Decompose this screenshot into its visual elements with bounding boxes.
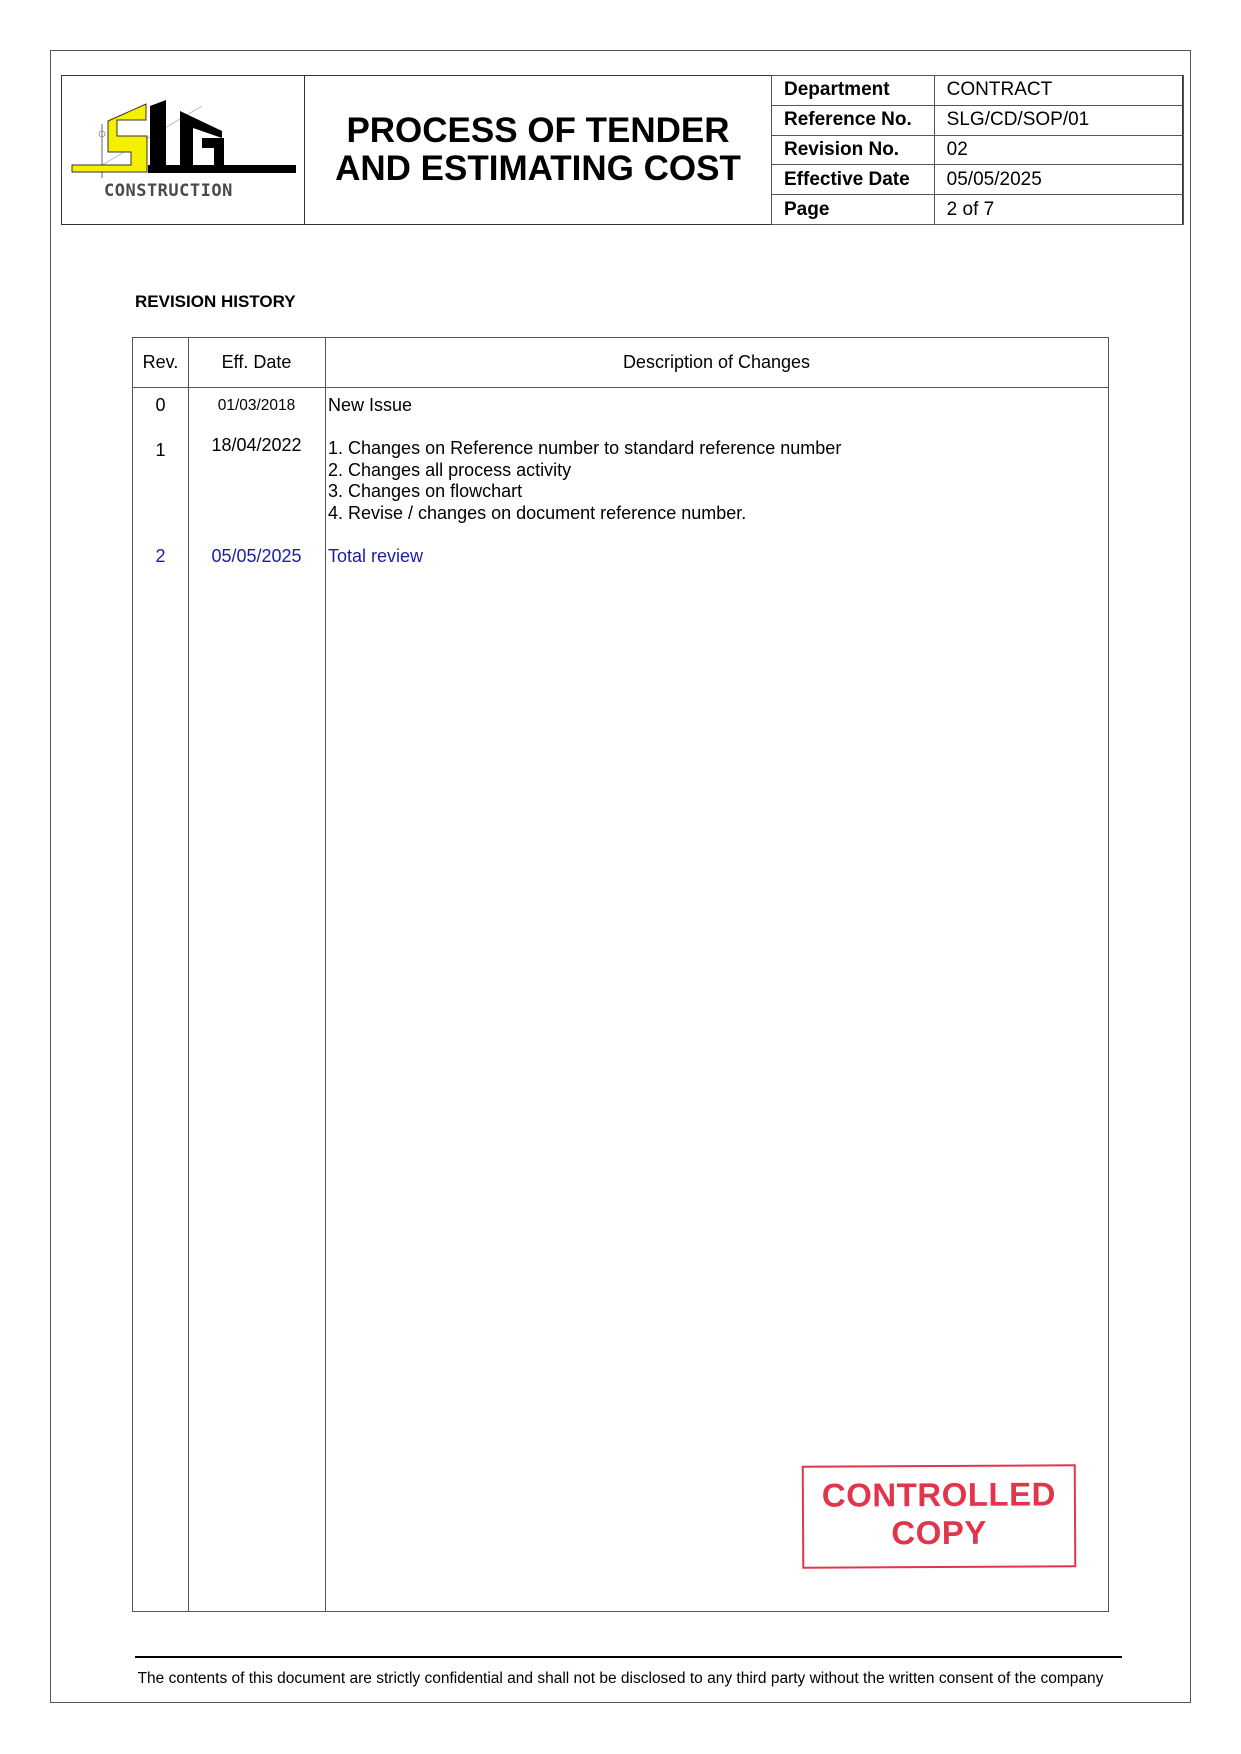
controlled-copy-stamp: CONTROLLED COPY — [802, 1464, 1077, 1568]
info-row-reference: Reference No. SLG/CD/SOP/01 — [772, 105, 1184, 135]
info-value: SLG/CD/SOP/01 — [934, 105, 1183, 135]
description-line: 1. Changes on Reference number to standa… — [328, 438, 1098, 460]
description-line: 4. Revise / changes on document referenc… — [328, 503, 1098, 525]
document-info-table: Department CONTRACT Reference No. SLG/CD… — [771, 75, 1184, 225]
description-line: 2. Changes all process activity — [328, 460, 1098, 482]
info-value: CONTRACT — [934, 76, 1183, 106]
rev-date: 01/03/2018 — [188, 395, 325, 417]
confidentiality-notice: The contents of this document are strict… — [50, 1670, 1191, 1688]
svg-text:CONSTRUCTION: CONSTRUCTION — [104, 181, 233, 201]
info-row-page: Page 2 of 7 — [772, 195, 1184, 225]
info-label: Department — [772, 76, 935, 106]
rev-number: 1 — [133, 440, 188, 462]
rev-description: Total review — [328, 546, 1098, 568]
rev-description: New Issue — [328, 395, 1098, 417]
rev-date: 05/05/2025 — [188, 546, 325, 568]
stamp-line-1: CONTROLLED — [804, 1475, 1074, 1514]
info-label: Page — [772, 195, 935, 225]
column-header-description: Description of Changes — [325, 338, 1108, 387]
section-title: REVISION HISTORY — [135, 292, 296, 312]
stamp-line-2: COPY — [804, 1513, 1074, 1552]
rev-date: 18/04/2022 — [188, 435, 325, 457]
description-line: New Issue — [328, 395, 1098, 417]
rev-description: 1. Changes on Reference number to standa… — [328, 438, 1098, 524]
document-title: PROCESS OF TENDER AND ESTIMATING COST — [305, 76, 771, 224]
info-row-department: Department CONTRACT — [772, 76, 1184, 106]
revision-history-table: Rev. Eff. Date Description of Changes 0 … — [132, 337, 1109, 1612]
info-value: 2 of 7 — [934, 195, 1183, 225]
column-divider — [133, 338, 189, 1611]
column-divider — [188, 338, 326, 1611]
info-label: Reference No. — [772, 105, 935, 135]
company-logo: CONSTRUCTION — [62, 76, 305, 224]
description-line: Total review — [328, 546, 1098, 568]
rev-number: 2 — [133, 546, 188, 568]
rev-number: 0 — [133, 395, 188, 417]
title-line-1: PROCESS OF TENDER — [346, 112, 729, 150]
footer-divider — [135, 1656, 1122, 1658]
column-header-date: Eff. Date — [188, 338, 325, 387]
info-value: 02 — [934, 135, 1183, 165]
slg-construction-logo-icon: CONSTRUCTION — [62, 76, 305, 224]
info-label: Revision No. — [772, 135, 935, 165]
document-header: CONSTRUCTION PROCESS OF TENDER AND ESTIM… — [61, 75, 1183, 225]
title-line-2: AND ESTIMATING COST — [335, 150, 741, 188]
description-line: 3. Changes on flowchart — [328, 481, 1098, 503]
info-row-revision: Revision No. 02 — [772, 135, 1184, 165]
info-label: Effective Date — [772, 165, 935, 195]
column-header-rev: Rev. — [133, 338, 188, 387]
info-value: 05/05/2025 — [934, 165, 1183, 195]
table-header-row: Rev. Eff. Date Description of Changes — [133, 338, 1108, 388]
info-row-effective-date: Effective Date 05/05/2025 — [772, 165, 1184, 195]
